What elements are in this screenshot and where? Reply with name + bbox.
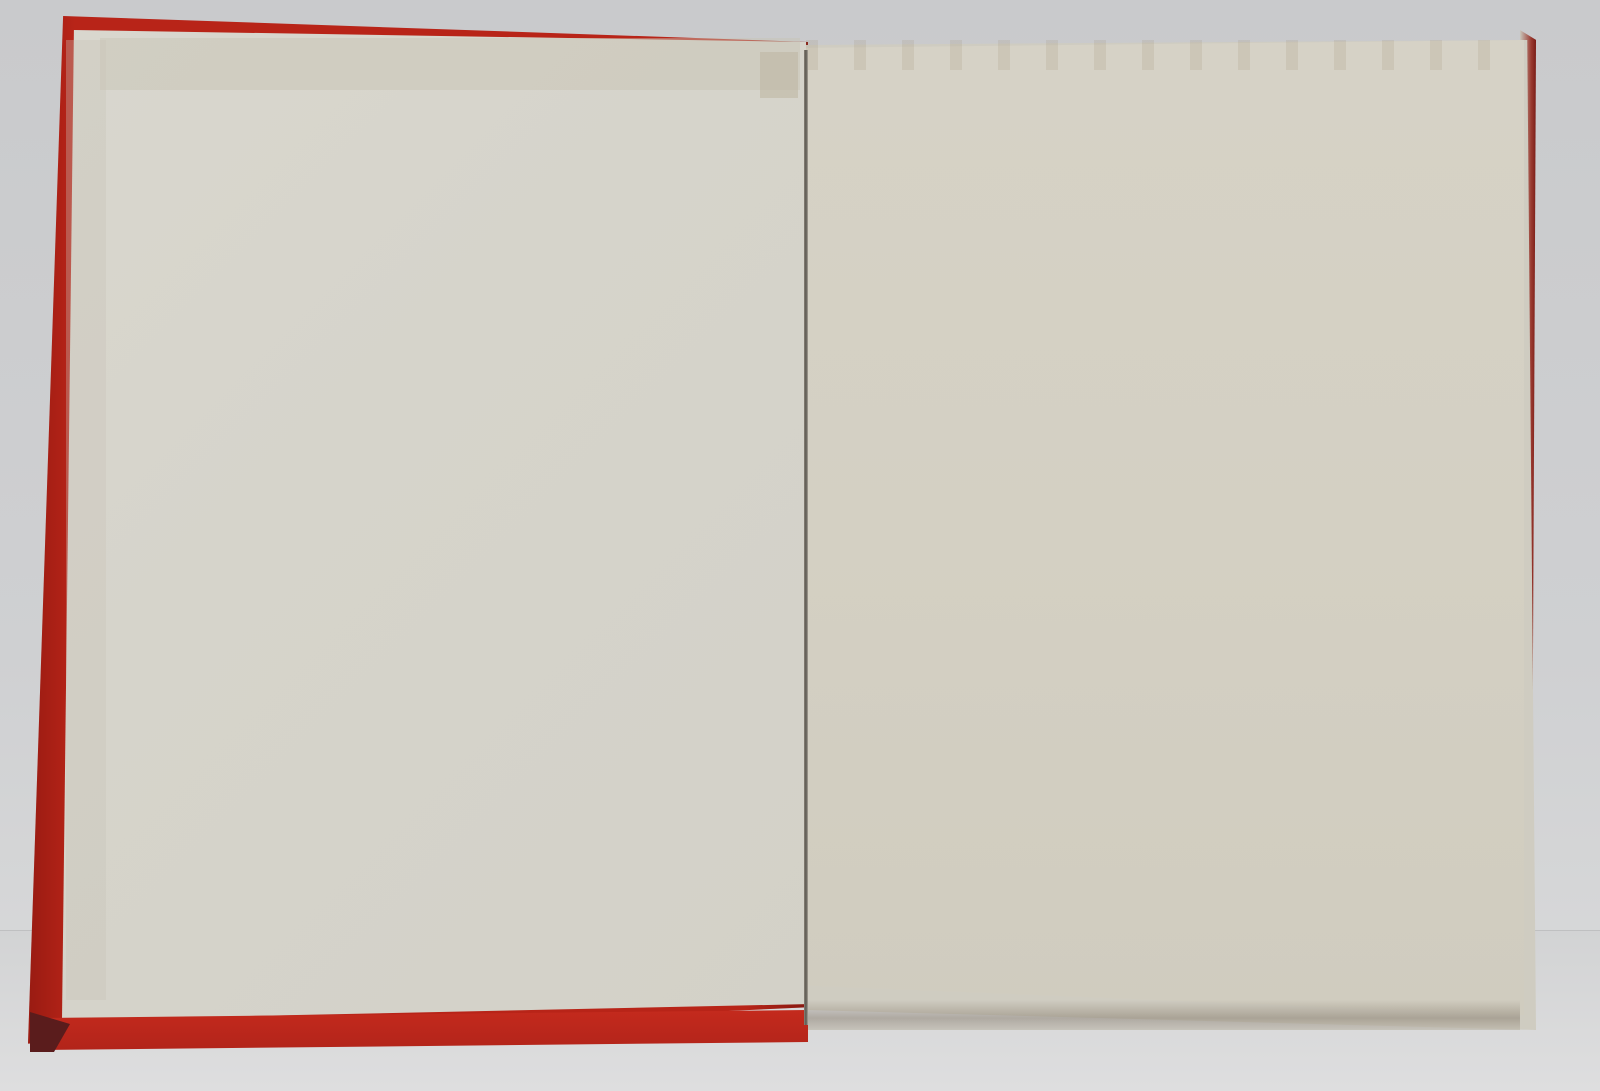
corner-tape xyxy=(760,52,798,98)
right-page-bottom-stain xyxy=(808,1000,1520,1030)
left-page-top-margin-tape xyxy=(100,38,800,90)
left-page-side-margin xyxy=(66,40,106,1000)
right-blank-page xyxy=(806,40,1524,1025)
left-pastedown-page xyxy=(62,30,806,1022)
right-page-top-foxing xyxy=(806,40,1516,70)
book-gutter xyxy=(804,50,808,1025)
